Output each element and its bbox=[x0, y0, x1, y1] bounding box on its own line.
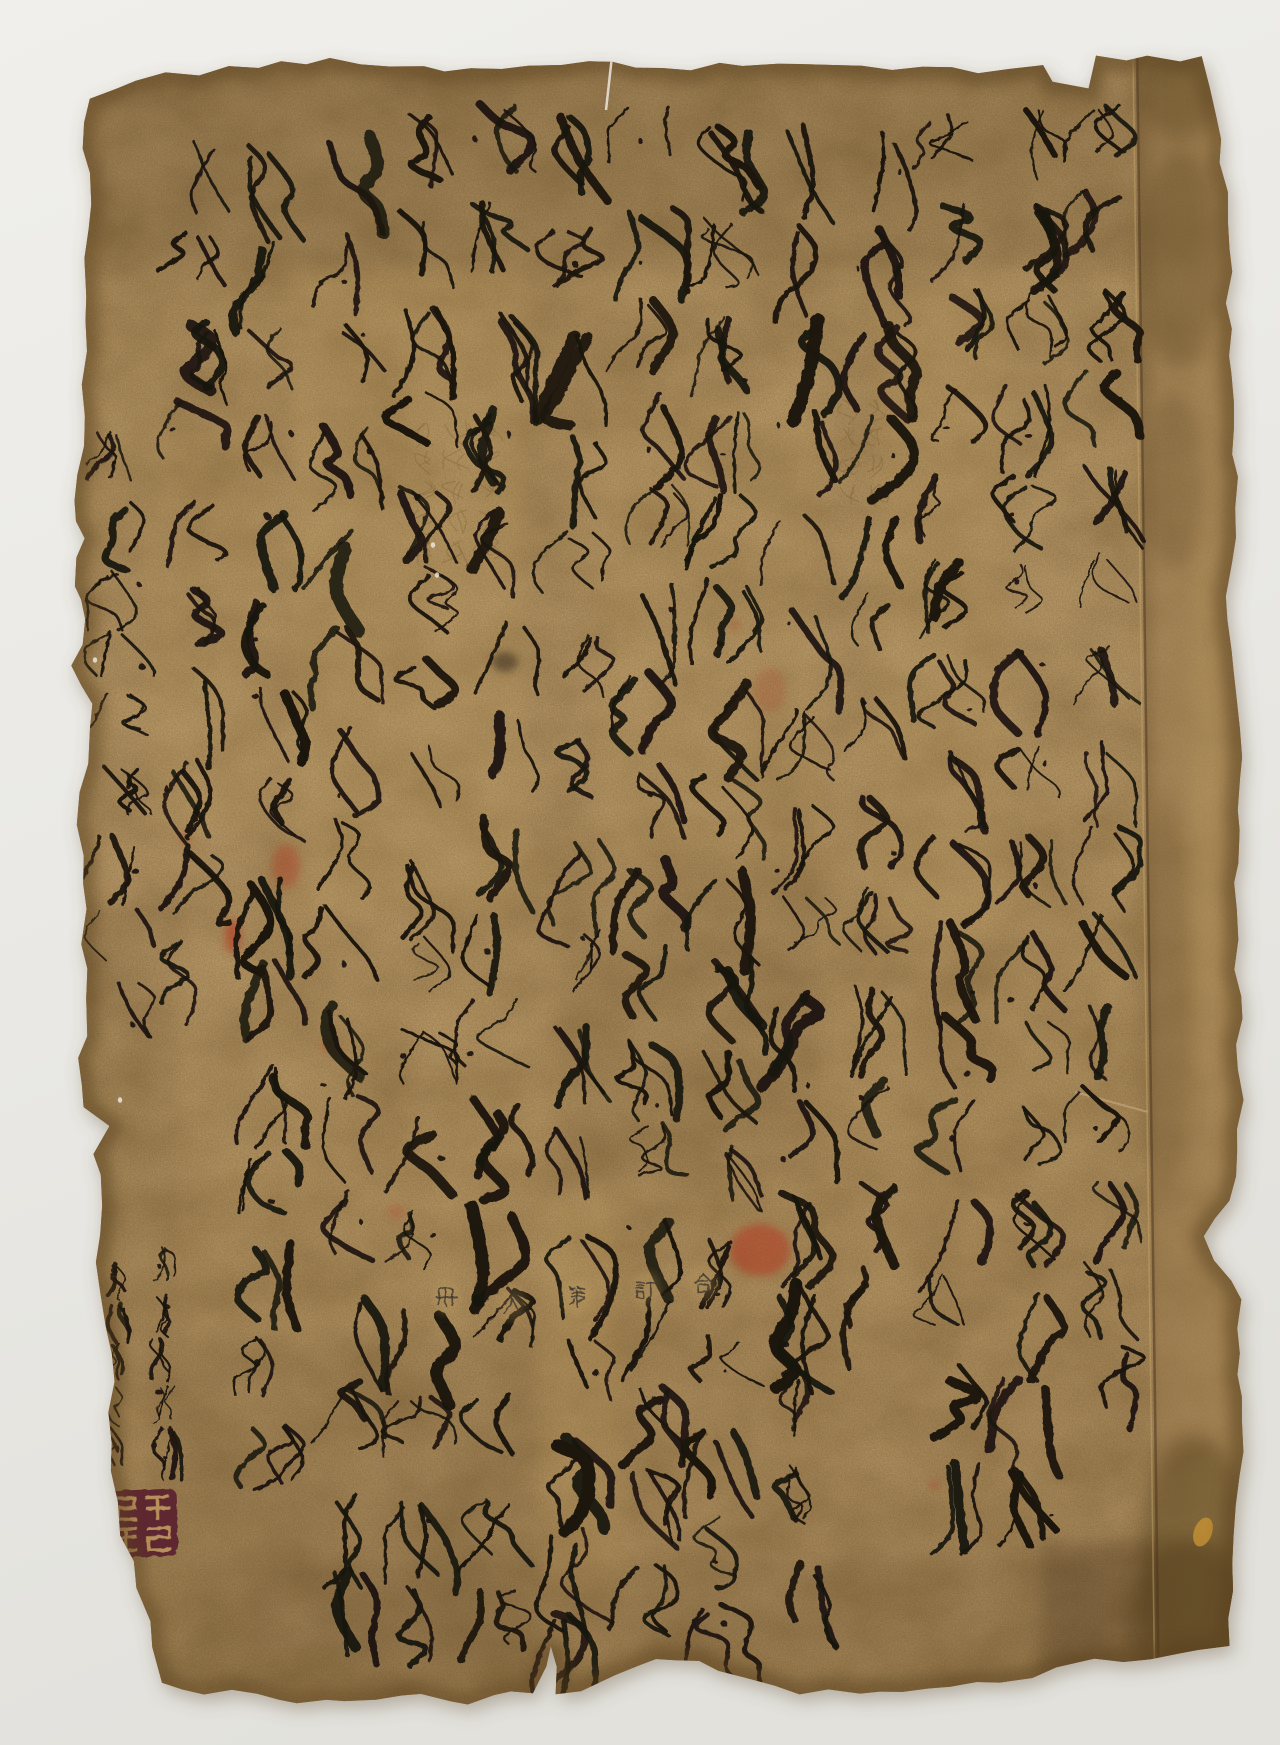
white-speck bbox=[118, 1097, 122, 1103]
white-speck bbox=[435, 572, 439, 578]
spine-stain bbox=[1140, 150, 1220, 370]
stamp-halo bbox=[631, 1271, 661, 1307]
red-ink-smudge bbox=[387, 1205, 405, 1219]
spine-stain bbox=[1147, 390, 1203, 570]
ink-smudge bbox=[492, 652, 518, 672]
red-ink-smudge bbox=[754, 668, 786, 712]
white-speck bbox=[93, 657, 97, 663]
stamp-halo bbox=[497, 1286, 527, 1322]
manuscript-photo: Handwritten cursive (grass-script) calli… bbox=[0, 0, 1280, 1745]
red-ink-smudge bbox=[272, 844, 300, 888]
red-ink-smudge bbox=[930, 1481, 938, 1489]
manuscript-paper bbox=[0, 0, 1280, 1745]
stain-patch bbox=[600, 400, 820, 900]
stamp-halo bbox=[688, 1265, 718, 1301]
red-ink-smudge bbox=[730, 620, 740, 630]
red-ink-smudge bbox=[730, 1224, 790, 1276]
photograph-of-manuscript: Handwritten cursive (grass-script) calli… bbox=[0, 0, 1280, 1745]
white-speck bbox=[431, 542, 435, 548]
